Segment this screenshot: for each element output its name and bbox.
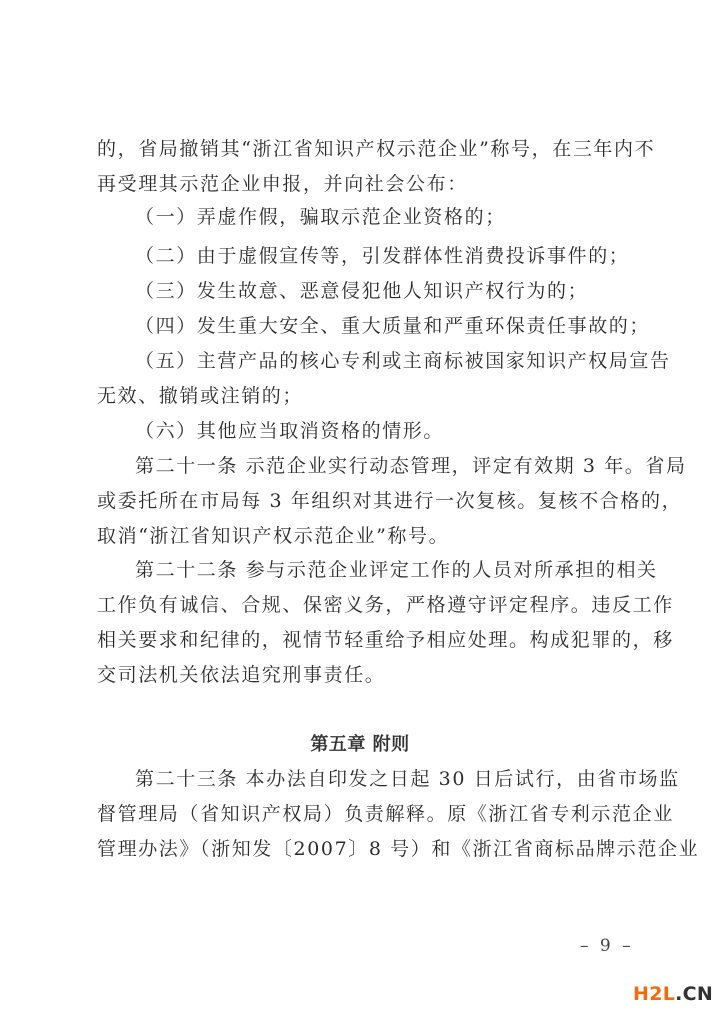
watermark-part-a: H2L bbox=[633, 983, 675, 1005]
text-line: 交司法机关依法追究刑事责任。 bbox=[97, 663, 637, 687]
watermark-part-b: .CN bbox=[675, 983, 713, 1005]
text-line: 无效、撤销或注销的； bbox=[97, 384, 637, 408]
text-line: 管理办法》（浙知发〔2007〕8 号）和《浙江省商标品牌示范企业 bbox=[97, 837, 637, 861]
article-22-line: 第二十二条 参与示范企业评定工作的人员对所承担的相关 bbox=[135, 558, 675, 582]
list-item: （四）发生重大安全、重大质量和严重环保责任事故的； bbox=[135, 314, 675, 338]
list-item: （一）弄虚作假，骗取示范企业资格的； bbox=[135, 205, 675, 229]
list-item: （二）由于虚假宣传等，引发群体性消费投诉事件的； bbox=[135, 244, 675, 268]
text-line: 的，省局撤销其“浙江省知识产权示范企业”称号，在三年内不 bbox=[97, 137, 637, 161]
text-line: 相关要求和纪律的，视情节轻重给予相应处理。构成犯罪的，移 bbox=[97, 628, 637, 652]
text-line: 再受理其示范企业申报，并向社会公布： bbox=[97, 172, 637, 196]
list-item: （三）发生故意、恶意侵犯他人知识产权行为的； bbox=[135, 279, 675, 303]
document-page: 的，省局撤销其“浙江省知识产权示范企业”称号，在三年内不 再受理其示范企业申报，… bbox=[0, 0, 720, 1018]
article-23-line: 第二十三条 本办法自印发之日起 30 日后试行，由省市场监 bbox=[135, 767, 675, 791]
watermark-logo: H2L.CN bbox=[633, 983, 713, 1005]
text-line: 工作负有诚信、合规、保密义务，严格遵守评定程序。违反工作 bbox=[97, 593, 637, 617]
chapter-heading: 第五章 附则 bbox=[0, 733, 720, 757]
text-line: 取消“浙江省知识产权示范企业”称号。 bbox=[97, 524, 637, 548]
text-line: 或委托所在市局每 3 年组织对其进行一次复核。复核不合格的， bbox=[97, 489, 637, 513]
list-item: （五）主营产品的核心专利或主商标被国家知识产权局宣告 bbox=[135, 349, 675, 373]
article-21-line: 第二十一条 示范企业实行动态管理，评定有效期 3 年。省局 bbox=[135, 454, 675, 478]
text-line: 督管理局（省知识产权局）负责解释。原《浙江省专利示范企业 bbox=[97, 802, 637, 826]
page-number: – 9 – bbox=[580, 936, 634, 956]
list-item: （六）其他应当取消资格的情形。 bbox=[135, 419, 675, 443]
